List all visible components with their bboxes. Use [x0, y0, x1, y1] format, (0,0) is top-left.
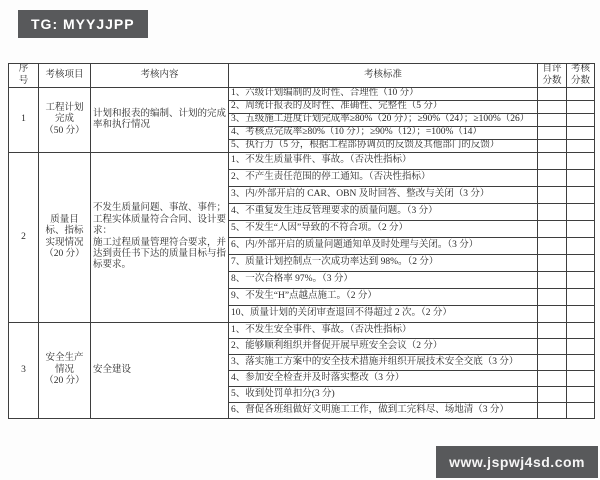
self-score-cell: [538, 221, 567, 238]
assess-score-cell: [567, 127, 595, 140]
assess-score-cell: [567, 187, 595, 204]
table-row: 1 工程计划完成 （50 分） 计划和报表的编制、计划的完成率和执行情况 1、六…: [9, 88, 595, 101]
row-number: 2: [9, 153, 39, 323]
self-score-cell: [538, 127, 567, 140]
self-score-cell: [538, 238, 567, 255]
assess-score-cell: [567, 255, 595, 272]
self-score-cell: [538, 153, 567, 170]
col-header-self-score: 自评 分数: [538, 64, 567, 88]
table-row: 3 安全生产情况 （20 分） 安全建设 1、不发生安全事件、事故。（否决性指标…: [9, 323, 595, 339]
standard-cell: 2、不产生责任范围的停工通知。（否决性指标）: [229, 170, 538, 187]
standard-cell: 1、不发生质量事件、事故。（否决性指标）: [229, 153, 538, 170]
assess-score-cell: [567, 101, 595, 114]
self-score-cell: [538, 187, 567, 204]
standard-cell: 3、五级施工进度计划完成率≥80%（20 分）；≥90%（24）；≥100%（2…: [229, 114, 538, 127]
assess-score-cell: [567, 88, 595, 101]
standard-cell: 10、质量计划的关闭审查退回不得超过 2 次。（2 分）: [229, 306, 538, 323]
self-score-cell: [538, 387, 567, 403]
item-name: 安全生产情况: [41, 353, 88, 376]
content-cell: 安全建设: [91, 323, 229, 419]
assess-score-cell: [567, 170, 595, 187]
table-row: 2 质量目标、指标实现情况 （20 分） 不发生质量问题、事故、事件； 工程实体…: [9, 153, 595, 170]
assess-score-cell: [567, 272, 595, 289]
standard-cell: 1、六级计划编制的及时性、合理性（10 分）: [229, 88, 538, 101]
standard-cell: 6、内/外部开启的质量问题通知单及时处理与关闭。（3 分）: [229, 238, 538, 255]
assess-score-cell: [567, 238, 595, 255]
assess-score-cell: [567, 140, 595, 153]
standard-cell: 2、能够顺利组织并督促开展早班安全会议（2 分）: [229, 339, 538, 355]
item-cell: 质量目标、指标实现情况 （20 分）: [39, 153, 91, 323]
item-cell: 工程计划完成 （50 分）: [39, 88, 91, 153]
content-cell: 不发生质量问题、事故、事件； 工程实体质量符合合同、设计要求： 施工过程质量管理…: [91, 153, 229, 323]
standard-cell: 4、参加安全检查并及时落实整改（3 分）: [229, 371, 538, 387]
self-score-cell: [538, 403, 567, 419]
standard-cell: 1、不发生安全事件、事故。（否决性指标）: [229, 323, 538, 339]
watermark-badge-bottom: www.jspwj4sd.com: [436, 446, 598, 478]
item-name: 质量目标、指标实现情况: [41, 215, 88, 249]
item-score: （50 分）: [41, 126, 88, 137]
header-row: 序 号 考核项目 考核内容 考核标准 自评 分数 考核 分数: [9, 64, 595, 88]
self-score-cell: [538, 255, 567, 272]
standard-cell: 7、质量计划控制点一次成功率达到 98%。（2 分）: [229, 255, 538, 272]
row-number: 1: [9, 88, 39, 153]
standard-cell: 8、一次合格率 97%。（3 分）: [229, 272, 538, 289]
assess-score-cell: [567, 355, 595, 371]
standard-cell: 5、不发生“人因”导致的不符合项。（2 分）: [229, 221, 538, 238]
standard-cell: 9、不发生“H”点越点施工。（2 分）: [229, 289, 538, 306]
self-score-cell: [538, 204, 567, 221]
assess-score-cell: [567, 403, 595, 419]
assess-score-cell: [567, 387, 595, 403]
content-cell: 计划和报表的编制、计划的完成率和执行情况: [91, 88, 229, 153]
assess-score-cell: [567, 371, 595, 387]
self-score-cell: [538, 101, 567, 114]
standard-cell: 6、督促各班组做好文明施工工作，做到工完料尽、场地清（3 分）: [229, 403, 538, 419]
item-cell: 安全生产情况 （20 分）: [39, 323, 91, 419]
standard-cell: 3、落实施工方案中的安全技术措施并组织开展技术安全交底（3 分）: [229, 355, 538, 371]
standard-cell: 5、执行力（5 分，根据工程部协调员的反馈及其他部门的反馈）: [229, 140, 538, 153]
item-score: （20 分）: [41, 376, 88, 387]
self-score-cell: [538, 88, 567, 101]
col-header-no: 序 号: [9, 64, 39, 88]
standard-cell: 3、内/外部开启的 CAR、OBN 及时回答、整改与关闭（3 分）: [229, 187, 538, 204]
col-header-item: 考核项目: [39, 64, 91, 88]
col-header-standard: 考核标准: [229, 64, 538, 88]
self-score-cell: [538, 339, 567, 355]
assess-score-cell: [567, 339, 595, 355]
self-score-cell: [538, 355, 567, 371]
assess-score-cell: [567, 306, 595, 323]
watermark-badge-top: TG: MYYJJPP: [18, 10, 148, 38]
self-score-cell: [538, 289, 567, 306]
standard-cell: 4、考核点完成率≥80%（10 分）；≥90%（12）；=100%（14）: [229, 127, 538, 140]
standard-cell: 5、收到处罚单扣分(3 分): [229, 387, 538, 403]
item-name: 工程计划完成: [41, 103, 88, 126]
self-score-cell: [538, 140, 567, 153]
assess-score-cell: [567, 114, 595, 127]
self-score-cell: [538, 323, 567, 339]
assess-score-cell: [567, 323, 595, 339]
col-header-assess-score: 考核 分数: [567, 64, 595, 88]
assess-score-cell: [567, 153, 595, 170]
assess-score-cell: [567, 289, 595, 306]
self-score-cell: [538, 371, 567, 387]
standard-cell: 4、不重复发生违反管理要求的质量问题。（3 分）: [229, 204, 538, 221]
row-number: 3: [9, 323, 39, 419]
self-score-cell: [538, 272, 567, 289]
assess-score-cell: [567, 204, 595, 221]
self-score-cell: [538, 114, 567, 127]
assess-score-cell: [567, 221, 595, 238]
item-score: （20 分）: [41, 249, 88, 260]
self-score-cell: [538, 306, 567, 323]
standard-cell: 2、周统计报表的及时性、准确性、完整性（5 分）: [229, 101, 538, 114]
col-header-content: 考核内容: [91, 64, 229, 88]
self-score-cell: [538, 170, 567, 187]
assessment-table: 序 号 考核项目 考核内容 考核标准 自评 分数 考核 分数 1 工程计划完成 …: [8, 63, 595, 419]
